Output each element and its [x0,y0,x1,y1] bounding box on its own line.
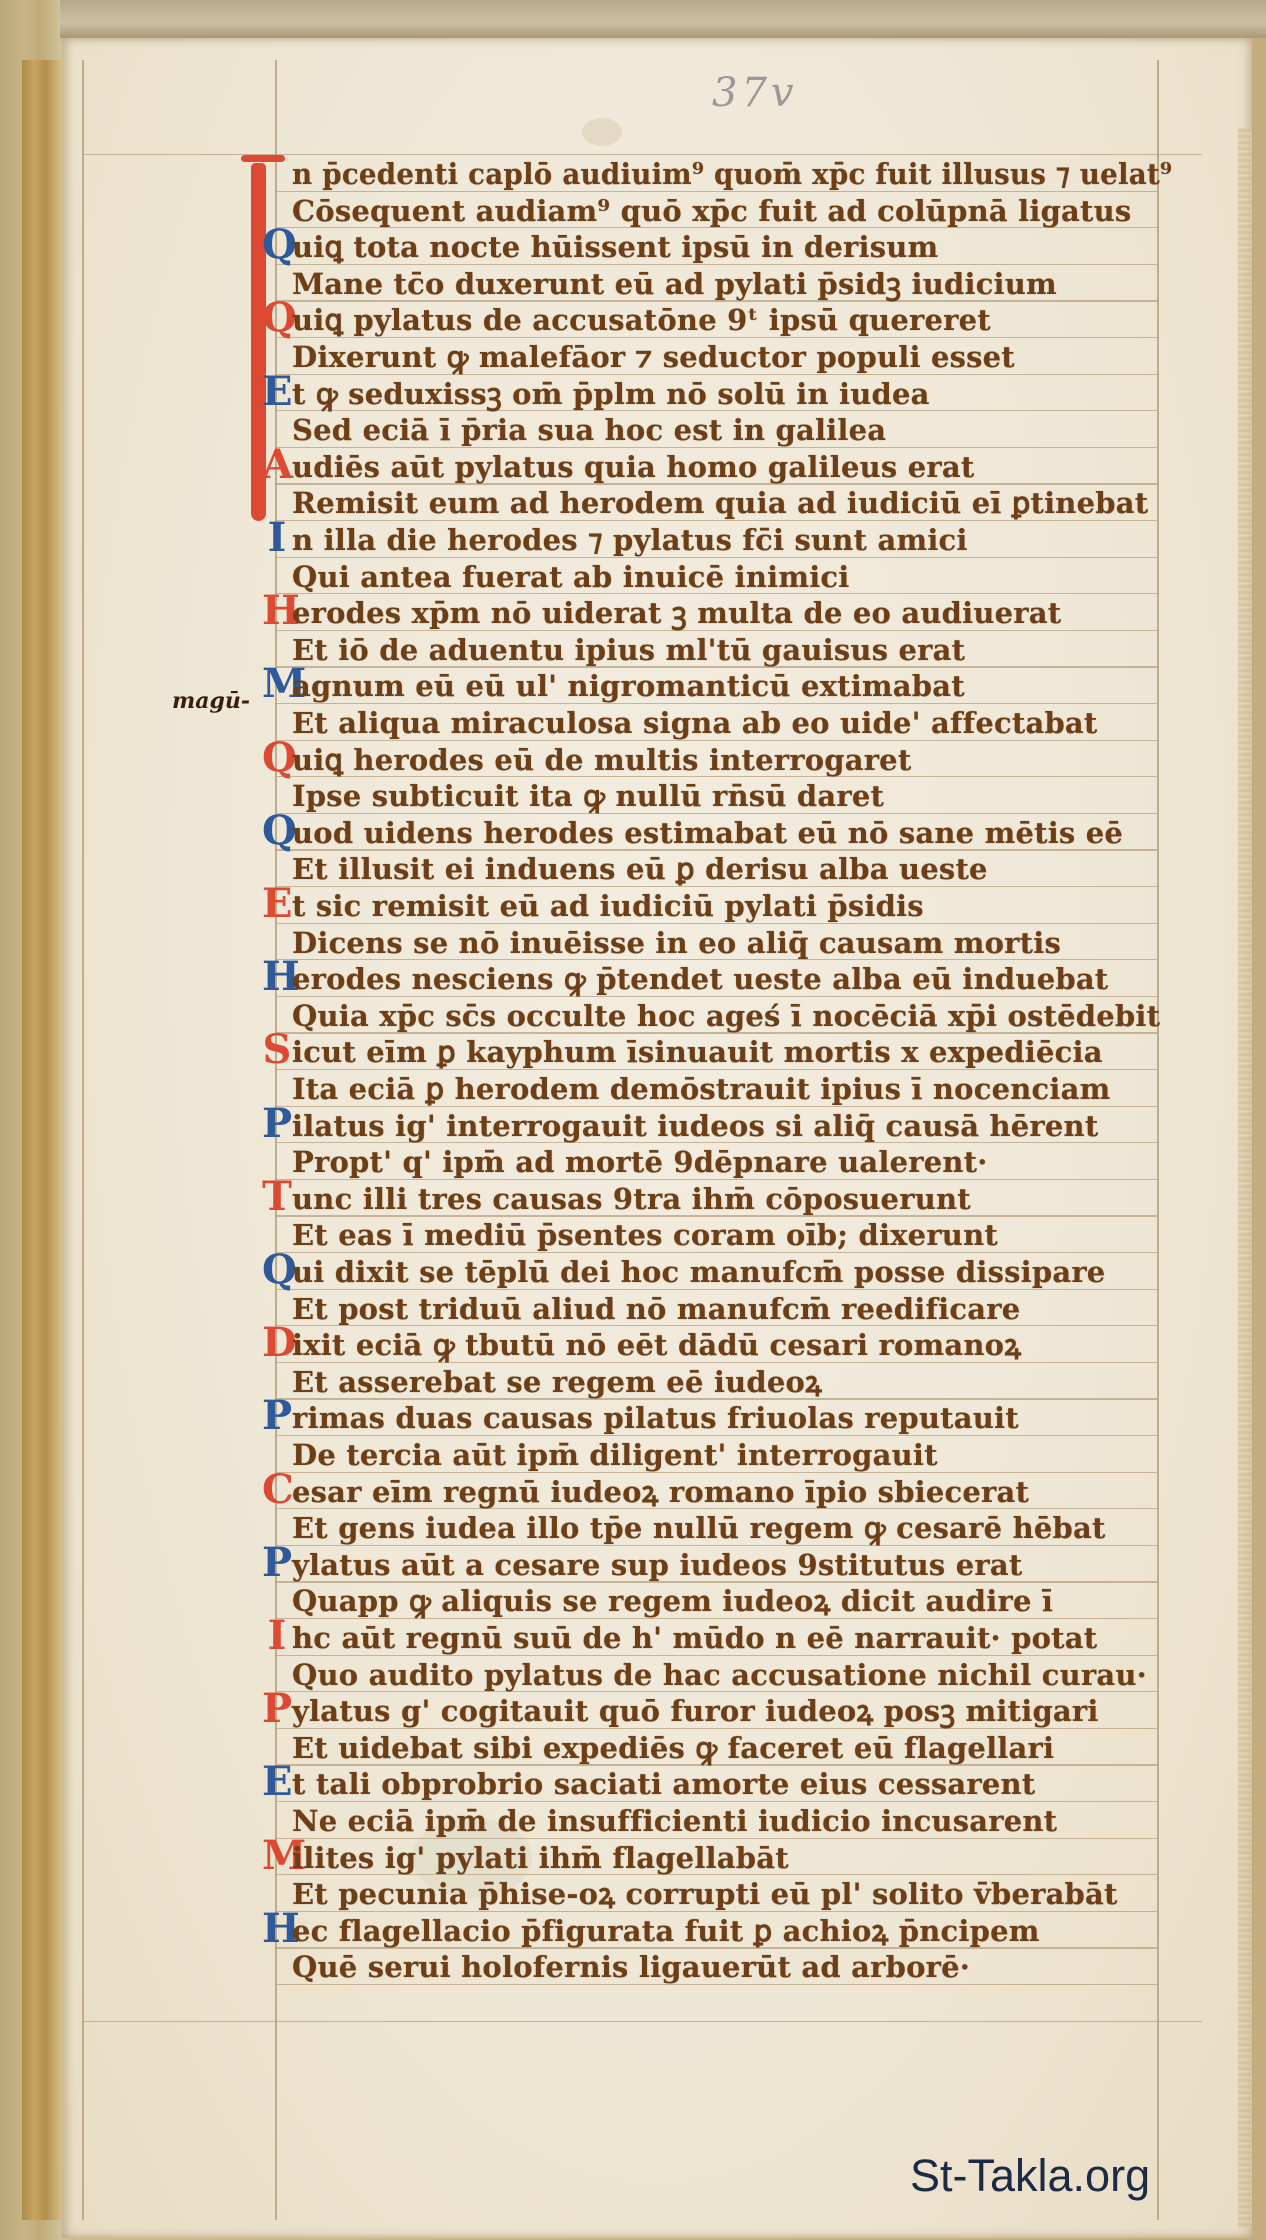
text-line: t tali obprobrio saciati amorte eius ces… [292,1766,1035,1802]
text-line: Et uidebat sibi expediēs ꝙ faceret eū fl… [292,1730,1054,1766]
text-line: Dicens se nō inuēisse in eo aliq̄ causam… [292,925,1061,961]
text-line: Mane tc̄o duxerunt eū ad pylati p̄sidꝫ i… [292,266,1057,302]
text-line: Cōsequent audiam⁹ quō xp̄c fuit ad colūp… [292,193,1131,229]
vertical-rule [1157,60,1159,2220]
text-line: unc illi tres causas 9tra ihm̄ cōposueru… [292,1181,971,1217]
text-line: ixit eciā ꝙ tbutū nō eēt dādū cesari rom… [292,1327,1021,1363]
text-line: Quo audito pylatus de hac accusatione ni… [292,1657,1147,1693]
text-line: Et illusit ei induens eū ꝑ derisu alba u… [292,851,988,887]
initial-red: C [262,1472,292,1508]
text-line: Et eas ī mediū p̄sentes coram oīb; dixer… [292,1217,998,1253]
text-line: ilatus ig' interrogauit iudeos si aliq̄ … [292,1108,1098,1144]
horizontal-rule [82,2021,1202,2022]
initial-red: Q [262,300,292,336]
marginal-gloss: magū- [172,688,250,714]
text-line: Et pecunia p̄hise-oꝝ corrupti eū pl' sol… [292,1876,1118,1912]
initial-blue: Q [262,227,292,263]
text-line: Et gens iudea illo tp̄e nullū regem ꝙ ce… [292,1510,1106,1546]
text-line: t ꝙ seduxissꝫ om̄ p̄plm nō solū in iudea [292,376,930,412]
text-line: Et aliqua miraculosa signa ab eo uide' a… [292,705,1098,741]
text-line: ec flagellacio p̄figurata fuit ꝑ achioꝝ … [292,1913,1040,1949]
initial-red: Q [262,740,292,776]
text-line: n illa die herodes ⁊ pylatus fc̄i sunt a… [292,522,968,558]
text-line: Et iō de aduentu ipius ml'tū gauisus era… [292,632,965,668]
initial-red: S [262,1032,292,1068]
initial-red: M [262,1838,292,1874]
text-line: erodes xp̄m nō uiderat ꝫ multa de eo aud… [292,595,1061,631]
text-line: uiꝗ pylatus de accusatōne 9ᵗ ipsū querer… [292,302,991,338]
initial-red: I [262,1618,292,1654]
initial-blue: P [262,1398,292,1434]
text-line: ylatus aūt a cesare sup iudeos 9stitutus… [292,1547,1022,1583]
text-line: De tercia aūt ipm̄ diligent' interrogaui… [292,1437,938,1473]
text-line: agnum eū eū ul' nigromanticū extimabat [292,668,965,704]
text-line: Quē serui holofernis ligauerūt ad arborē… [292,1949,970,1985]
text-line: t sic remisit eū ad iudiciū pylati p̄sid… [292,888,924,924]
text-line: esar eīm regnū iudeoꝝ romano īpio sbiece… [292,1474,1029,1510]
text-line: hc aūt regnū suū de h' mūdo n eē narraui… [292,1620,1097,1656]
text-line: ilites ig' pylati ihm̄ flagellabāt [292,1840,789,1876]
text-line: Qui antea fuerat ab inuicē inimici [292,559,850,595]
folio-number: 37v [712,70,798,116]
top-binding-edge [60,0,1266,38]
binding-edge [22,60,62,2220]
text-line: Ipse subticuit ita ꝙ nullū rn̄sū daret [292,778,884,814]
text-line: Ne eciā ipm̄ de insufficienti iudicio in… [292,1803,1057,1839]
text-line: Sed eciā ī p̄ria sua hoc est in galilea [292,412,886,448]
text-line: Et post triduū aliud nō manufcm̄ reedifi… [292,1291,1020,1327]
text-line: Ita eciā ꝑ herodem demōstrauit ipius ī n… [292,1071,1110,1107]
text-line: ui dixit se tēplū dei hoc manufcm̄ posse… [292,1254,1105,1290]
text-line: Propt' q' ipm̄ ad mortē 9dēpnare ualeren… [292,1144,988,1180]
text-line: Dixerunt ꝙ malefāor ⁊ seductor populi es… [292,339,1015,375]
initial-red: E [262,886,292,922]
initial-blue: I [262,520,292,556]
text-line: icut eīm ꝑ kayphum īsinuauit mortis x ex… [292,1034,1103,1070]
text-line: Quia xp̄c sc̄s occulte hoc ageś ī nocēci… [292,998,1160,1034]
vertical-rule [82,60,84,2220]
text-line: rimas duas causas pilatus friuolas reput… [292,1400,1019,1436]
text-line: uiꝗ herodes eū de multis interrogaret [292,742,911,778]
text-line: udiēs aūt pylatus quia homo galileus era… [292,449,974,485]
text-line: ylatus g' cogitauit quō furor iudeoꝝ pos… [292,1693,1099,1729]
initial-red: H [262,593,292,629]
page-edge [1238,128,1252,2228]
initial-blue: E [262,1764,292,1800]
stain [582,118,622,146]
initial-blue: E [262,374,292,410]
initial-blue: P [262,1106,292,1142]
watermark: St-Takla.org [910,2150,1150,2202]
initial-red: A [262,447,292,483]
initial-blue: Q [262,813,292,849]
initial-crossbar [241,155,285,162]
initial-blue: Q [262,1252,292,1288]
text-line: uiꝗ tota nocte hūissent ipsū in derisum [292,229,938,265]
text-line: erodes nesciens ꝙ p̄tendet ueste alba eū… [292,961,1108,997]
text-line: Et asserebat se regem eē iudeoꝝ [292,1364,822,1400]
text-line: Quapp ꝙ aliquis se regem iudeoꝝ dicit au… [292,1583,1053,1619]
initial-blue: H [262,1911,292,1947]
initial-blue: H [262,959,292,995]
text-line: uod uidens herodes estimabat eū nō sane … [292,815,1123,851]
text-line: Remisit eum ad herodem quia ad iudiciū e… [292,485,1148,521]
initial-blue: M [262,666,292,702]
text-line: n p̄cedenti caplō audiuim⁹ quom̄ xp̄c fu… [292,156,1172,192]
initial-red: P [262,1691,292,1727]
initial-blue: P [262,1545,292,1581]
initial-red: D [262,1325,292,1361]
initial-red: T [262,1179,292,1215]
